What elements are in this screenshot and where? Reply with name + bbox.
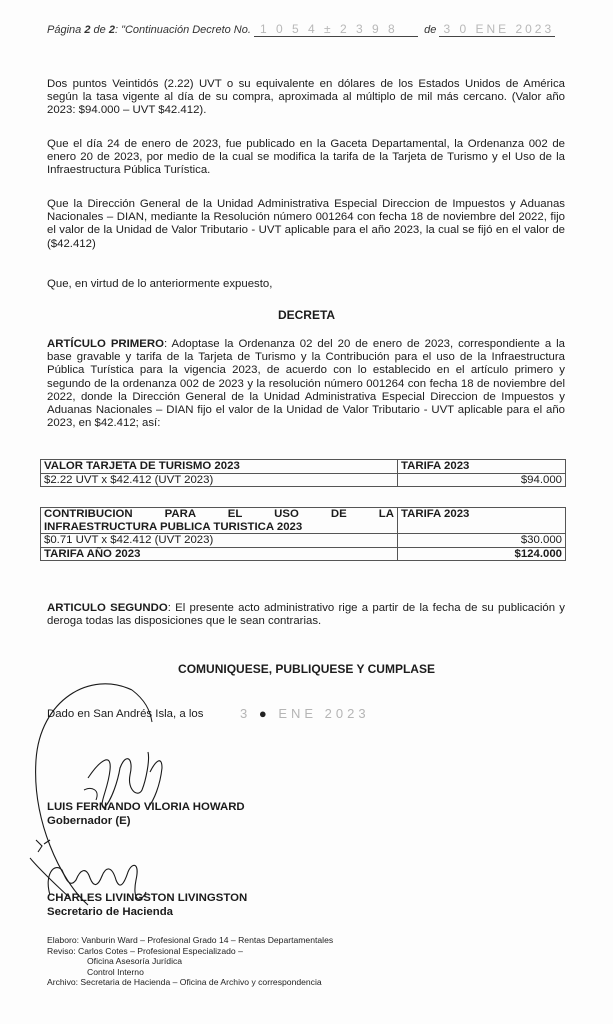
paragraph-en-virtud: Que, en virtud de lo anteriormente expue… — [47, 278, 565, 291]
table-cell: $124.000 — [398, 547, 566, 561]
closing-title: COMUNIQUESE, PUBLIQUESE Y CUMPLASE — [0, 662, 613, 676]
date-label: de — [424, 24, 436, 36]
signatory-2-name: CHARLES LIVINGSTON LIVINGSTON — [47, 892, 247, 904]
given-at-date-stamp: 3 ● ENE 2023 — [240, 706, 370, 721]
table-header-row: VALOR TARJETA DE TURISMO 2023 TARIFA 202… — [41, 460, 566, 474]
governor-signature-icon — [88, 752, 162, 808]
decree-date-stamp: 3 0 ENE 2023 — [439, 22, 555, 37]
footer-reviso: Reviso: Carlos Cotes – Profesional Espec… — [47, 946, 333, 957]
paragraph-uvt-value: Dos puntos Veintidós (2.22) UVT o su equ… — [47, 78, 565, 118]
table-header-cell: TARIFA 2023 — [398, 508, 566, 534]
table-header-row: CONTRIBUCION PARA EL USO DE LA INFRAESTR… — [41, 508, 566, 534]
table-cell: $0.71 UVT x $42.412 (UVT 2023) — [41, 534, 398, 548]
signatory-1-title: Gobernador (E) — [47, 815, 131, 827]
page-label: Página — [47, 24, 81, 36]
articulo-primero: ARTÍCULO PRIMERO: Adoptase la Ordenanza … — [47, 338, 565, 430]
articulo-primero-label: ARTÍCULO PRIMERO — [47, 338, 164, 350]
footer-elaboro: Elaboro: Vanburin Ward – Profesional Gra… — [47, 935, 333, 946]
signatory-2-title: Secretario de Hacienda — [47, 906, 173, 918]
footer-reviso-office-2: Control Interno — [47, 967, 333, 978]
paragraph-ordenanza: Que el día 24 de enero de 2023, fue publ… — [47, 138, 565, 178]
articulo-primero-text: : Adoptase la Ordenanza 02 del 20 de ene… — [47, 338, 565, 429]
initials-icon — [36, 840, 50, 852]
table-header-cell: CONTRIBUCION PARA EL USO DE LA INFRAESTR… — [41, 508, 398, 534]
articulo-segundo: ARTICULO SEGUNDO: El presente acto admin… — [47, 602, 565, 628]
continuation-label: : "Continuación Decreto No. — [115, 24, 251, 36]
decree-number-stamp: 1 0 5 4 ± 2 3 9 8 — [254, 22, 418, 37]
stamp-rest: ENE 2023 — [278, 706, 369, 721]
table-cell: $2.22 UVT x $42.412 (UVT 2023) — [41, 473, 398, 487]
given-at-text: Dado en San Andrés Isla, a los — [47, 708, 203, 720]
header-line-2: INFRAESTRUCTURA PUBLICA TURISTICA 2023 — [44, 521, 394, 534]
page-current: 2 — [84, 24, 90, 36]
table-total-row: TARIFA AÑO 2023 $124.000 — [41, 547, 566, 561]
tarjeta-turismo-table: VALOR TARJETA DE TURISMO 2023 TARIFA 202… — [40, 459, 566, 487]
page-header: Página 2 de 2: "Continuación Decreto No.… — [47, 22, 555, 37]
table-cell: TARIFA AÑO 2023 — [41, 547, 398, 561]
articulo-segundo-label: ARTICULO SEGUNDO — [47, 602, 168, 614]
table-cell: $30.000 — [398, 534, 566, 548]
document-footer: Elaboro: Vanburin Ward – Profesional Gra… — [47, 935, 333, 988]
page-of: de — [94, 24, 106, 36]
table-row: $0.71 UVT x $42.412 (UVT 2023) $30.000 — [41, 534, 566, 548]
signatory-1-name: LUIS FERNANDO VILORIA HOWARD — [47, 801, 245, 813]
stamp-mark: ● — [259, 706, 271, 721]
contribucion-table: CONTRIBUCION PARA EL USO DE LA INFRAESTR… — [40, 507, 566, 561]
table-cell: $94.000 — [398, 473, 566, 487]
stamp-day: 3 — [240, 706, 251, 721]
footer-archivo: Archivo: Secretaria de Hacienda – Oficin… — [47, 977, 333, 988]
document-page: Página 2 de 2: "Continuación Decreto No.… — [0, 0, 613, 1024]
header-line-1: CONTRIBUCION PARA EL USO DE LA — [44, 508, 394, 521]
table-row: $2.22 UVT x $42.412 (UVT 2023) $94.000 — [41, 473, 566, 487]
decreta-title: DECRETA — [0, 308, 613, 322]
paragraph-dian: Que la Dirección General de la Unidad Ad… — [47, 198, 565, 251]
table-header-cell: VALOR TARJETA DE TURISMO 2023 — [41, 460, 398, 474]
table-header-cell: TARIFA 2023 — [398, 460, 566, 474]
footer-reviso-office-1: Oficina Asesoría Jurídica — [47, 956, 333, 967]
